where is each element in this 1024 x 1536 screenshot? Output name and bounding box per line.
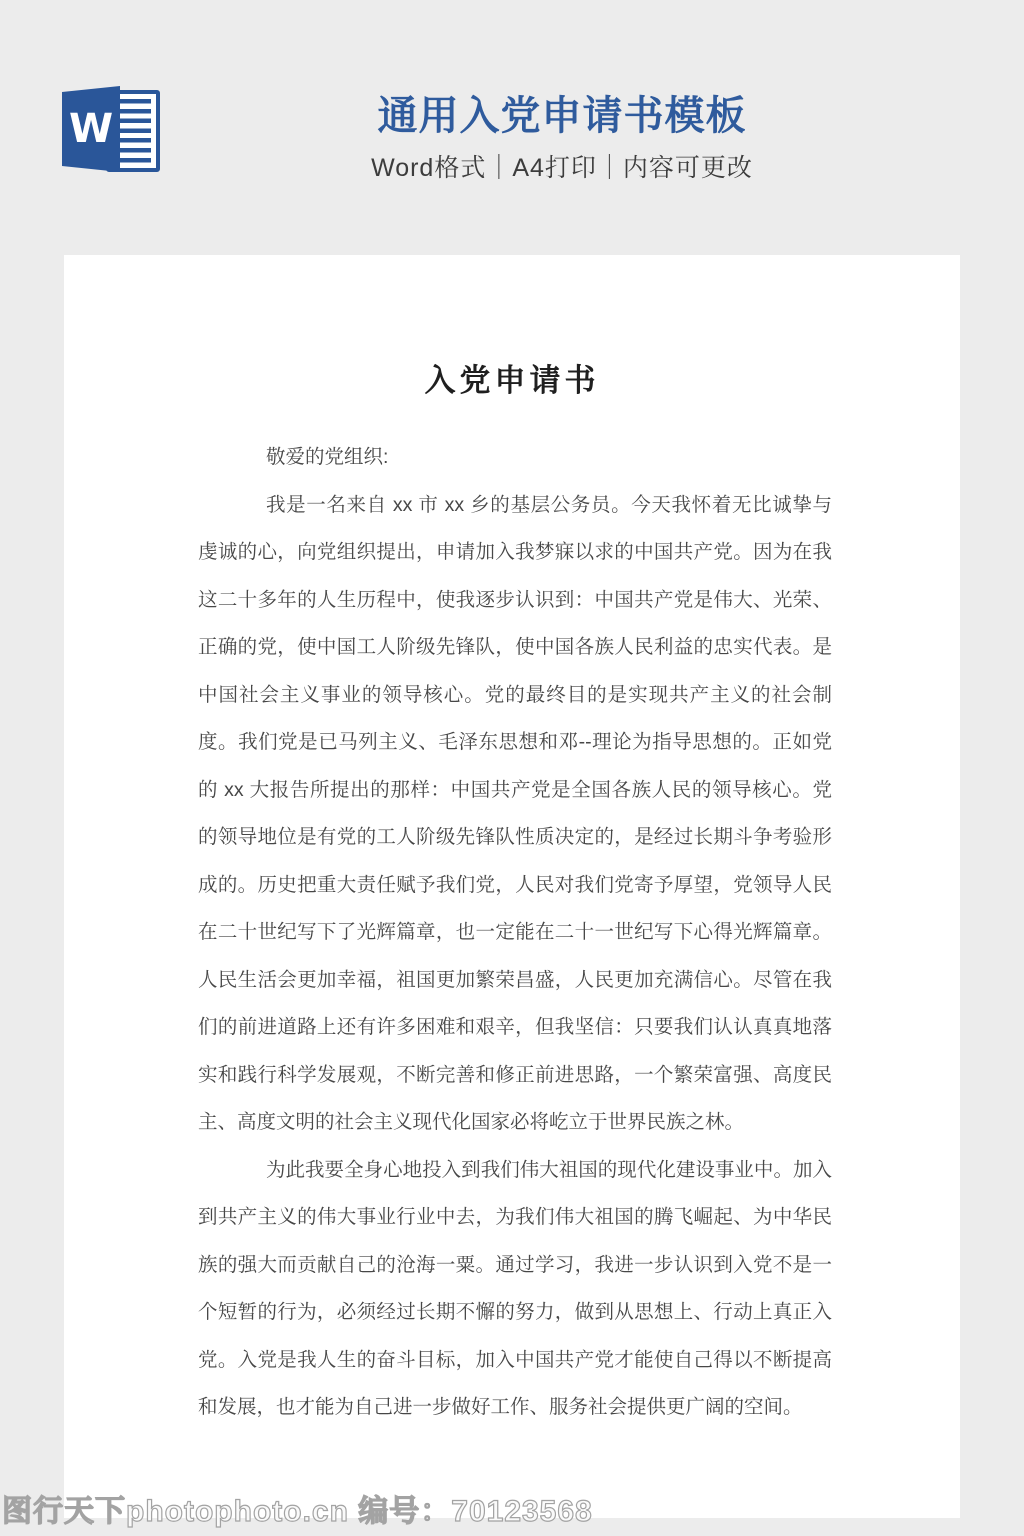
page-canvas: W 通用入党申请书模板 Word格式｜A4打印｜内容可更改 入党申请书 敬爱的党… [0,0,1024,1536]
document-title: 入党申请书 [64,255,960,400]
header-text-block: 通用入党申请书模板 Word格式｜A4打印｜内容可更改 [100,92,1024,183]
template-header: W 通用入党申请书模板 Word格式｜A4打印｜内容可更改 [0,0,1024,255]
paragraph: 为此我要全身心地投入到我们伟大祖国的现代化建设事业中。加入到共产主义的伟大事业行… [198,1147,832,1432]
salutation: 敬爱的党组织: [198,434,832,482]
document-body: 敬爱的党组织: 我是一名来自 xx 市 xx 乡的基层公务员。今天我怀着无比诚挚… [64,434,960,1432]
paragraph: 我是一名来自 xx 市 xx 乡的基层公务员。今天我怀着无比诚挚与虔诚的心，向党… [198,482,832,1147]
watermark: 图行天下photophoto.cn 编号：70123568 [2,1486,593,1530]
template-subtitle: Word格式｜A4打印｜内容可更改 [100,153,1024,183]
template-title: 通用入党申请书模板 [100,92,1024,140]
document-page: 入党申请书 敬爱的党组织: 我是一名来自 xx 市 xx 乡的基层公务员。今天我… [64,255,960,1518]
